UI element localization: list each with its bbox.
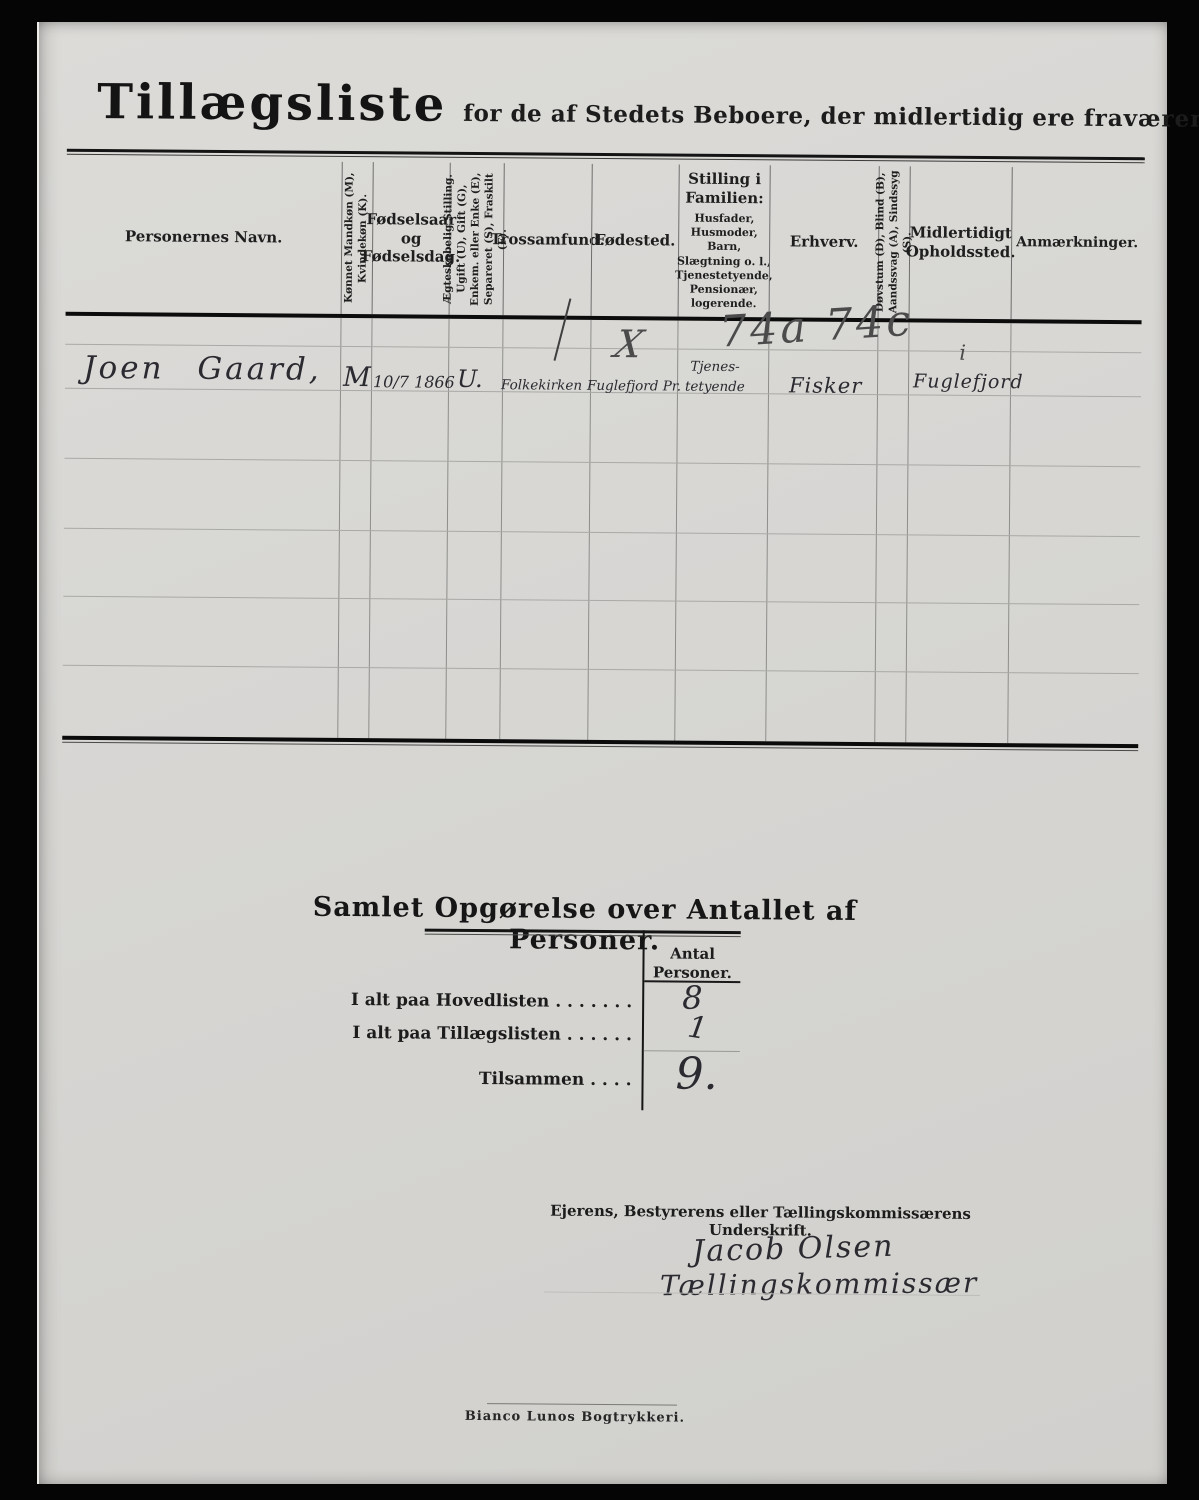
col-header-birthplace-label: Fødested. [595,231,676,250]
col-header-remarks: Anmærkninger. [1011,167,1143,320]
entry-marital: U. [457,365,483,393]
table-header-row: Personernes Navn. Kønnet Mandkøn (M), Kv… [66,160,1143,320]
entry-religion: Folkekirken [501,377,582,394]
col-header-occupation: Erhverv. [769,165,879,318]
body-col-disability [874,322,908,742]
title-main: Tillægsliste [97,74,447,133]
page-content: Tillægsliste for de af Stedets Beboere, … [28,22,1167,1493]
col-header-temp-residence: Midlertidigt Opholdssted. [909,166,1012,319]
col-header-sex-label: Kønnet Mandkøn (M), Kvindekøn (K). [343,164,371,312]
col-header-temp-residence-label: Midlertidigt Opholdssted. [906,224,1016,262]
signature-role: Tællingskommissær [660,1266,979,1302]
col-header-name-label: Personernes Navn. [125,227,283,247]
title-subtitle-bold: fraværende. [1084,105,1199,133]
col-header-birthplace: Fødested. [591,164,679,317]
summary-row-label: I alt paa Tillægslisten . . . . . . [292,1023,632,1046]
entry-family-position: Tjenes- tetyende [685,357,745,398]
col-header-occupation-label: Erhverv. [790,232,859,251]
col-header-birthdate: Fødselsaar og Fødselsdag. [372,162,450,315]
col-header-marital-label: Ægteskabelig Stilling. Ugift (U), Gift (… [442,165,511,314]
col-header-name: Personernes Navn. [66,160,342,314]
entry-birthdate: 10/7 1866 [373,372,455,392]
paper-sheet: Tillægsliste for de af Stedets Beboere, … [37,22,1167,1484]
printer-imprint: Bianco Lunos Bogtrykkeri. [440,1409,710,1426]
pencil-i-mark: i [959,341,966,365]
col-header-remarks-label: Anmærkninger. [1016,234,1138,252]
summary-total-label: Tilsammen . . . . [292,1068,632,1091]
entry-birthplace: Fuglefjord Pr. [587,378,681,395]
title-subtitle-text: for de af Stedets Beboere, der midlertid… [463,100,1075,132]
entry-occupation: Fisker [789,373,862,398]
page-title: Tillægsliste for de af Stedets Beboere, … [97,74,1199,139]
col-header-family-position: Stilling i Familien: Husfader, Husmoder,… [678,165,770,318]
summary-total-value: 9. [675,1049,717,1100]
col-header-family-title: Stilling i Familien: [682,170,766,208]
summary-col-header: Antal Personer. [644,944,740,982]
col-header-marital: Ægteskabelig Stilling. Ugift (U), Gift (… [449,163,504,315]
body-col-remarks [1007,323,1141,744]
entry-name: Joen Gaard, [83,350,322,388]
signature-name: Jacob Olsen [692,1229,895,1269]
entry-sex: M [343,362,371,393]
col-header-disability-label: Døvstum (D), Blind (B), Aandssvag (A), S… [873,168,915,316]
entry-temp-residence: Fuglefjord [913,370,1024,393]
title-subtitle: for de af Stedets Beboere, der midlertid… [463,100,1199,133]
summary-title: Samlet Opgørelse over Antallet af Person… [285,891,885,958]
scanned-census-page: { "title": { "main": "Tillægsliste", "su… [0,0,1199,1500]
summary-row-label: I alt paa Hovedlisten . . . . . . . [292,990,632,1013]
col-header-family-sublabel: Husfader, Husmoder, Barn, Slægtning o. l… [675,211,773,312]
summary-row-value: 1 [686,1010,710,1047]
col-header-religion: Trossamfund. [503,163,592,316]
col-header-sex: Kønnet Mandkøn (M), Kvindekøn (K). [341,162,373,314]
footer-rule [487,1403,677,1405]
